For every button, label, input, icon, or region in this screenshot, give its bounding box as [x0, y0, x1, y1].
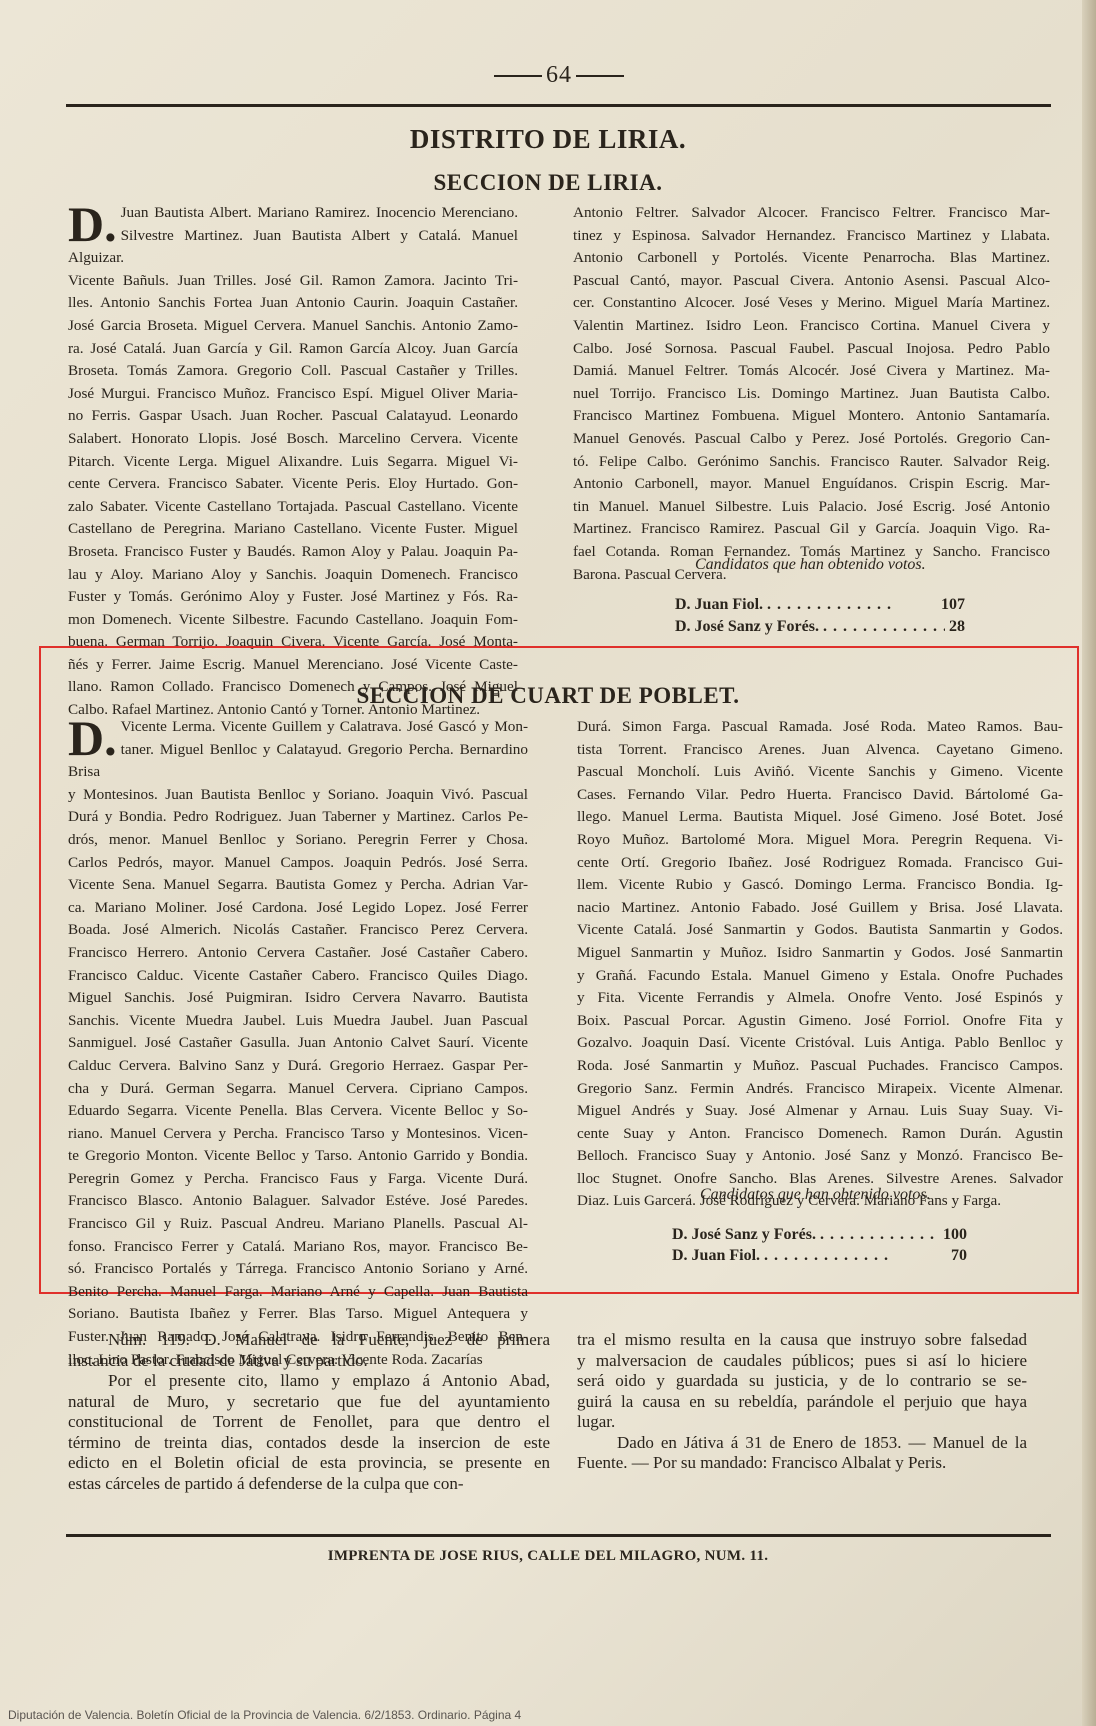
text-line: cha y Durá. German Segarra. Manuel Cerve…	[68, 1078, 528, 1101]
text-line: Salabert. Honorato Llopis. José Bosch. M…	[68, 428, 518, 451]
text-line: Castellano de Peregrina. Mariano Castell…	[68, 518, 518, 541]
text-line: guirá la causa en su rebeldía, parándole…	[577, 1392, 1027, 1413]
text-line: drós, menor. Manuel Benlloc y Soriano. P…	[68, 829, 528, 852]
text-line: Cases. Fernando Vilar. Pedro Huerta. Fra…	[577, 784, 1063, 807]
text-line: Peregrin Gomez y Percha. Francisco Faus …	[68, 1168, 528, 1191]
divider	[576, 75, 624, 77]
text-line: Antonio Carbonell y Portolés. Vicente Pe…	[573, 247, 1050, 270]
dropcap: D.	[68, 204, 117, 244]
text-line: no Ferris. Gaspar Usach. Juan Rocher. Pa…	[68, 405, 518, 428]
text-line: Miguel Andrés y Suay. José Almenar y Arn…	[577, 1100, 1063, 1123]
candidate-votes: 100	[943, 1226, 967, 1244]
leader-dots: .............	[767, 596, 937, 614]
text-line: Belloch. Francisco Suay y Antonio. José …	[577, 1145, 1063, 1168]
text-line: tin Manuel. Manuel Silbestre. Luis Palac…	[573, 496, 1050, 519]
text-line: tó. Felipe Calbo. Gerónimo Sanchis. Fran…	[573, 451, 1050, 474]
text-line: ra. José Catalá. Juan García y Gil. Ramo…	[68, 338, 518, 361]
text-line: Vicente Sena. Manuel Segarra. Bautista G…	[68, 874, 528, 897]
page-edge-shadow	[1082, 0, 1096, 1726]
text-line: Royo Muñoz. Bartolomé Mora. Miguel Mora.…	[577, 829, 1063, 852]
liria-candidates-title: Candidatos que han obtenido votos.	[695, 556, 926, 574]
text-line: estas cárceles de partido á defenderse d…	[68, 1474, 550, 1495]
candidate-name: D. José Sanz y Forés.	[672, 1226, 816, 1244]
cuart-candidate-row: D. Juan Fiol..............70	[672, 1247, 967, 1265]
text-line: cente Ortí. Gregorio Ibañez. José Rodrig…	[577, 852, 1063, 875]
text-line: Carlos Pedrós, mayor. Manuel Campos. Joa…	[68, 852, 528, 875]
liria-candidate-row: D. José Sanz y Forés..............28	[675, 618, 965, 636]
text-line: Francisco Martinez Fombuena. Miguel Mont…	[573, 405, 1050, 428]
leader-dots: .............	[820, 1226, 939, 1244]
candidate-name: D. Juan Fiol.	[675, 596, 763, 614]
candidate-name: D. José Sanz y Forés.	[675, 618, 819, 636]
text-line: Pitarch. Vicente Lerga. Miguel Alixandre…	[68, 451, 518, 474]
archive-footer: Diputación de Valencia. Boletín Oficial …	[8, 1708, 521, 1722]
bottom-rule	[66, 1534, 1051, 1537]
cuart-names-left-column: D. Vicente Lerma. Vicente Guillem y Cala…	[68, 716, 528, 1371]
text-line: Miguel Sanmartin y Muñoz. Isidro Sanmart…	[577, 942, 1063, 965]
liria-names-right-column: Antonio Feltrer. Salvador Alcocer. Franc…	[573, 202, 1050, 586]
cuart-names-right-column: Durá. Simon Farga. Pascual Ramada. José …	[577, 716, 1063, 1213]
text-line: Calbo. José Sornosa. Pascual Faubel. Pas…	[573, 338, 1050, 361]
text-line: Vicente Catalá. José Sanmartin y Godos. …	[577, 919, 1063, 942]
text-line: tra el mismo resulta en la causa que ins…	[577, 1330, 1027, 1351]
text-line: Dado en Játiva á 31 de Enero de 1853. — …	[577, 1433, 1027, 1454]
text-line: Boada. José Almerich. Nicolás Castañer. …	[68, 919, 528, 942]
printer-imprint: IMPRENTA DE JOSE RIUS, CALLE DEL MILAGRO…	[0, 1548, 1096, 1565]
text-line: y Fita. Vicente Ferrandis y Almela. Onof…	[577, 987, 1063, 1010]
edict-left-column: Núm. 119. D. Manuel de la Fuente, juez d…	[68, 1330, 550, 1494]
text-line: Soriano. Bautista Ibañez y Ferrer. Blas …	[68, 1303, 528, 1326]
text-line: lles. Antonio Sanchis Fortea Juan Antoni…	[68, 292, 518, 315]
top-rule	[66, 104, 1051, 107]
candidate-votes: 70	[951, 1247, 967, 1265]
text-line: Damiá. Manuel Feltrer. Tomás Alcocér. Jo…	[573, 360, 1050, 383]
text-line: lau y Aloy. Mariano Aloy y Sanchis. Joaq…	[68, 564, 518, 587]
text-line: Valentin Martinez. Isidro Leon. Francisc…	[573, 315, 1050, 338]
text-line: Francisco Herrero. Antonio Cervera Casta…	[68, 942, 528, 965]
text-line: Antonio Carbonell, mayor. Manuel Enguída…	[573, 473, 1050, 496]
text-line: lugar.	[577, 1412, 1027, 1433]
leader-dots: .............	[764, 1247, 947, 1265]
text-line: te Gregorio Monton. Vicente Belloc y Tar…	[68, 1145, 528, 1168]
section-title-cuart: SECCION DE CUART DE POBLET.	[0, 683, 1096, 709]
text-line: Fuster y Tomás. Gerónimo Aloy y Fuster. …	[68, 586, 518, 609]
text-line: Broseta. Francisco Fuster y Baudés. Ramo…	[68, 541, 518, 564]
text-line: llego. Manuel Lerma. Bautista Miquel. Jo…	[577, 806, 1063, 829]
text-line: Pascual Cantó, mayor. Pascual Civera. An…	[573, 270, 1050, 293]
text-line: Vicente Lerma. Vicente Guillem y Calatra…	[68, 716, 528, 739]
text-line: mon Domenech. Vicente Silbestre. Facundo…	[68, 609, 518, 632]
text-line: Manuel Genovés. Pascual Calbo y Perez. J…	[573, 428, 1050, 451]
candidate-votes: 107	[941, 596, 965, 614]
text-line: riano. Manuel Cervera y Percha. Francisc…	[68, 1123, 528, 1146]
text-line: Eduardo Segarra. Vicente Penella. Blas C…	[68, 1100, 528, 1123]
text-line: edicto en el Boletin oficial de esta pro…	[68, 1453, 550, 1474]
text-line: taner. Miguel Benlloc y Calatayud. Grego…	[68, 739, 528, 784]
text-line: cer. Constantino Alcocer. José Veses y M…	[573, 292, 1050, 315]
text-line: llem. Vicente Rubio y Gascó. Domingo Ler…	[577, 874, 1063, 897]
text-line: término de treinta dias, contados desde …	[68, 1433, 550, 1454]
text-line: Vicente Bañuls. Juan Trilles. José Gil. …	[68, 270, 518, 293]
text-line: Sanmiguel. José Castañer Gasulla. Juan A…	[68, 1032, 528, 1055]
text-line: Francisco Calduc. Vicente Castañer Caber…	[68, 965, 528, 988]
text-line: instancia de la ciudad de Játiva y su pa…	[68, 1351, 550, 1372]
leader-dots: .............	[823, 618, 945, 636]
text-line: Francisco Blasco. Antonio Balaguer. Salv…	[68, 1190, 528, 1213]
text-line: Gregorio Sanz. Fermin Andrés. Francisco …	[577, 1078, 1063, 1101]
text-line: Antonio Feltrer. Salvador Alcocer. Franc…	[573, 202, 1050, 225]
text-line: José Garcia Broseta. Miguel Cervera. Man…	[68, 315, 518, 338]
cuart-candidate-row: D. José Sanz y Forés..............100	[672, 1226, 967, 1244]
text-line: natural de Muro, y secretario que fue de…	[68, 1392, 550, 1413]
cuart-candidates-title: Candidatos que han obtenido votos.	[700, 1186, 931, 1204]
text-line: fonso. Francisco Ferrer y Catalá. Marian…	[68, 1236, 528, 1259]
text-line: Durá. Simon Farga. Pascual Ramada. José …	[577, 716, 1063, 739]
text-line: Martinez. Francisco Ramirez. Pascual Gil…	[573, 518, 1050, 541]
text-line: y Grañá. Facundo Estala. Manuel Gimeno y…	[577, 965, 1063, 988]
text-line: zalo Sabater. Vicente Castellano Tortaja…	[68, 496, 518, 519]
text-line: José Murgui. Francisco Muñoz. Francisco …	[68, 383, 518, 406]
text-line: ca. Mariano Moliner. José Cardona. José …	[68, 897, 528, 920]
text-line: Núm. 119. D. Manuel de la Fuente, juez d…	[68, 1330, 550, 1351]
text-line: Pascual Moncholí. Luis Aviñó. Vicente Sa…	[577, 761, 1063, 784]
edict-right-column: tra el mismo resulta en la causa que ins…	[577, 1330, 1027, 1474]
text-line: Roda. José Sanmartin y Muñoz. Pascual Pu…	[577, 1055, 1063, 1078]
text-line: Broseta. Tomás Zamora. Gregorio Coll. Pa…	[68, 360, 518, 383]
text-line: Francisco Gil y Ruiz. Pascual Andreu. Ma…	[68, 1213, 528, 1236]
text-line: Calduc Cervera. Balvino Sanz y Durá. Gre…	[68, 1055, 528, 1078]
text-line: Juan Bautista Albert. Mariano Ramirez. I…	[68, 202, 518, 225]
text-line: nacio Martinez. Antonio Fabado. José Gui…	[577, 897, 1063, 920]
text-line: y Montesinos. Juan Bautista Benlloc y So…	[68, 784, 528, 807]
divider	[494, 75, 542, 77]
text-line: Durá y Bondia. Pedro Rodriguez. Juan Tab…	[68, 806, 528, 829]
page-number: 64	[490, 62, 628, 89]
text-line: Silvestre Martinez. Juan Bautista Albert…	[68, 225, 518, 270]
newspaper-page: 64 DISTRITO DE LIRIA. SECCION DE LIRIA. …	[0, 0, 1096, 1726]
district-title: DISTRITO DE LIRIA.	[0, 124, 1096, 155]
text-line: y malversacion de caudales públicos; pue…	[577, 1351, 1027, 1372]
text-line: Sanchis. Vicente Muedra Jaubel. Luis Mue…	[68, 1010, 528, 1033]
candidate-name: D. Juan Fiol.	[672, 1247, 760, 1265]
text-line: Boix. Pascual Porcar. Agustin Gimeno. Jo…	[577, 1010, 1063, 1033]
liria-candidate-row: D. Juan Fiol..............107	[675, 596, 965, 614]
liria-names-left-column: D. Juan Bautista Albert. Mariano Ramirez…	[68, 202, 518, 722]
text-line: Fuente. — Por su mandado: Francisco Alba…	[577, 1453, 1027, 1474]
page-number-text: 64	[546, 62, 572, 88]
text-line: nuel Torrijo. Francisco Lis. Domingo Mar…	[573, 383, 1050, 406]
text-line: só. Francisco Portalés y Tárrega. Franci…	[68, 1258, 528, 1281]
text-line: tista Torrent. Francisco Arenes. Juan Al…	[577, 739, 1063, 762]
text-line: Miguel Sanchis. José Puigmiran. Isidro C…	[68, 987, 528, 1010]
section-title-liria: SECCION DE LIRIA.	[0, 170, 1096, 196]
text-line: Benito Percha. Manuel Farga. Mariano Arn…	[68, 1281, 528, 1304]
text-line: cente Suay y Anton. Francisco Domenech. …	[577, 1123, 1063, 1146]
text-line: cente Cervera. Francisco Sabater. Vicent…	[68, 473, 518, 496]
text-line: Gozalvo. Joaquin Dasí. Vicente Cristóval…	[577, 1032, 1063, 1055]
text-line: Por el presente cito, llamo y emplazo á …	[68, 1371, 550, 1392]
dropcap: D.	[68, 718, 117, 758]
text-line: tinez y Espinosa. Salvador Hernandez. Fr…	[573, 225, 1050, 248]
text-line: será oido y guardada su justicia, y de l…	[577, 1371, 1027, 1392]
candidate-votes: 28	[949, 618, 965, 636]
text-line: constitucional de Torrent de Fenollet, p…	[68, 1412, 550, 1433]
